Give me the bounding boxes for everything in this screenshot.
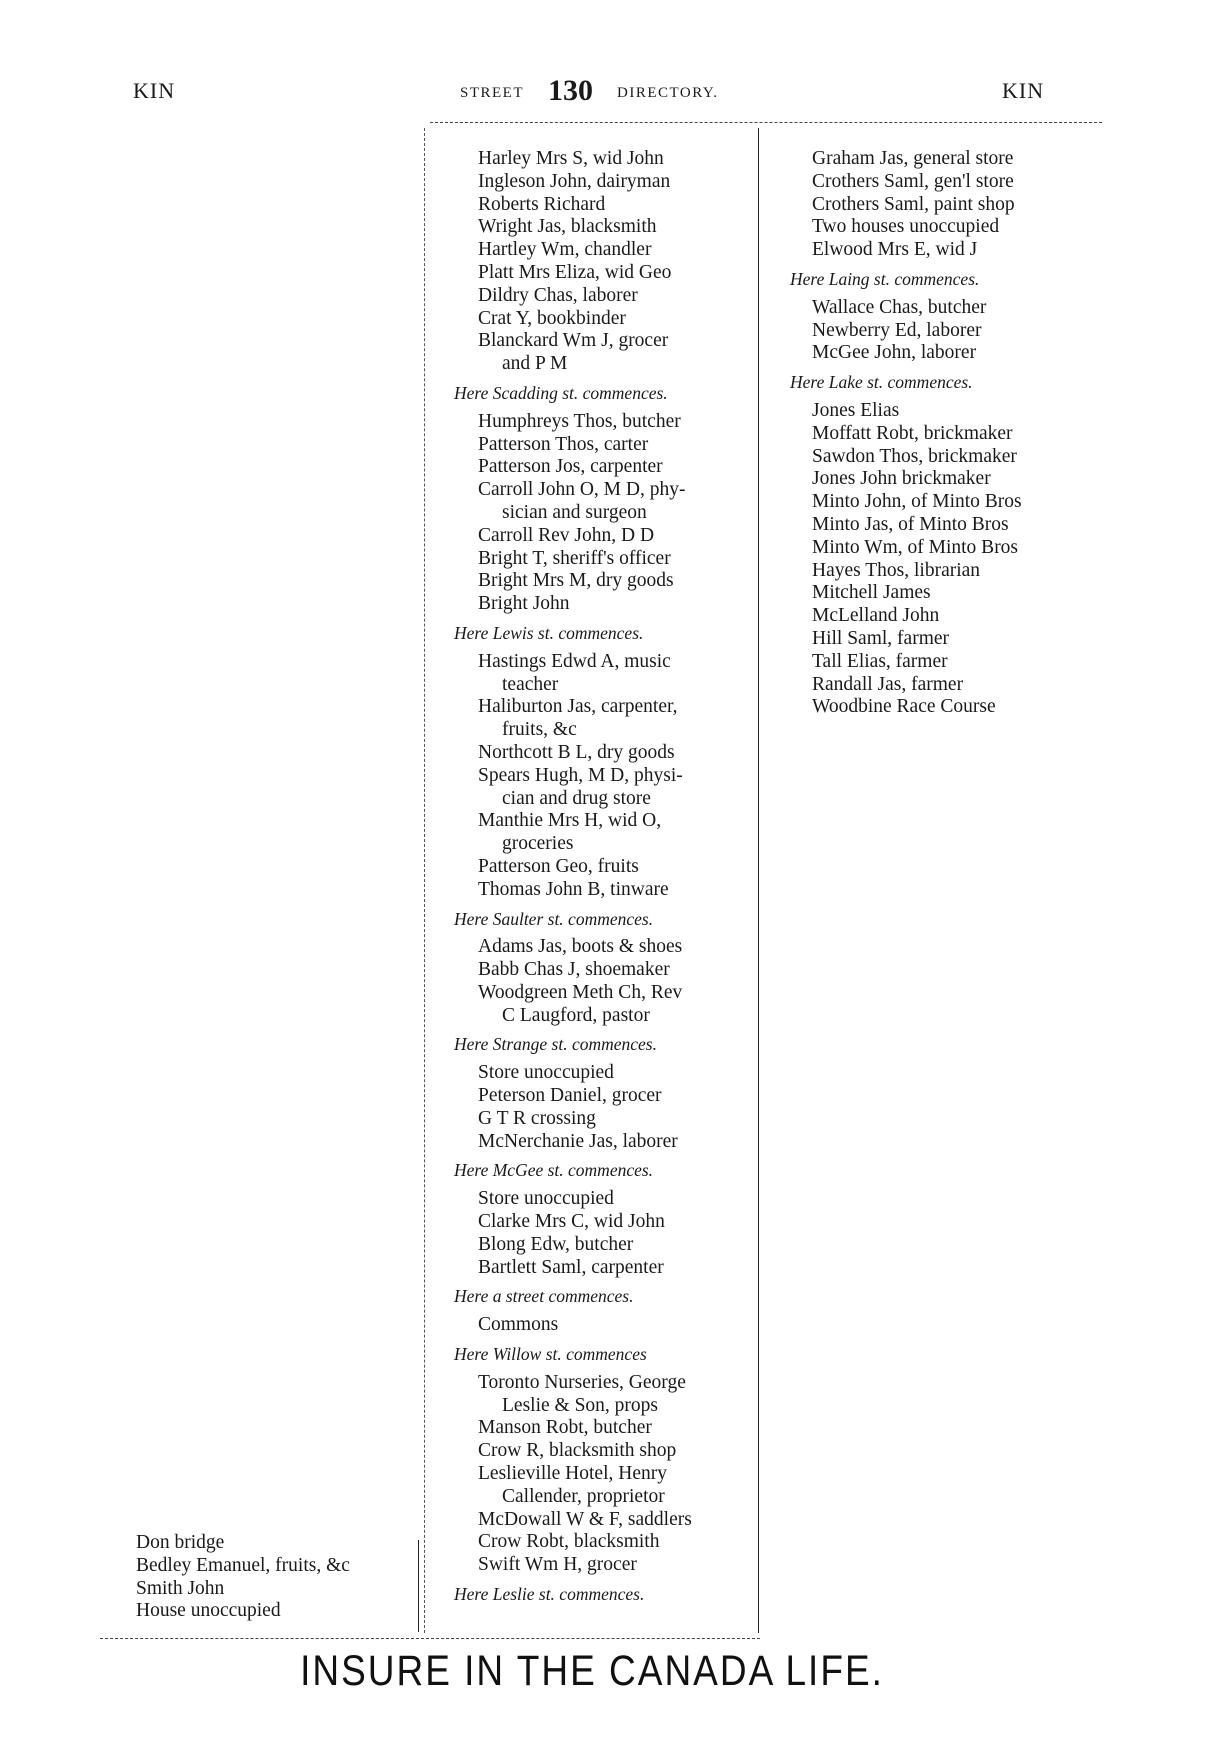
- header-left-keyword: KIN: [133, 78, 175, 104]
- entry-text: Hartley Wm, chandler: [478, 239, 651, 260]
- directory-entry: Mitchell James: [812, 582, 1102, 605]
- entry-text: Manthie Mrs H, wid O,: [478, 810, 661, 831]
- directory-entry: Crat Y, bookbinder: [478, 308, 750, 331]
- left-column-right-border: [418, 1540, 419, 1632]
- entry-text: Commons: [478, 1314, 558, 1335]
- directory-entry: Spears Hugh, M D, physi-cian and drug st…: [478, 765, 750, 811]
- header-right-keyword: KIN: [1002, 78, 1044, 104]
- directory-entry: McNerchanie Jas, laborer: [478, 1131, 750, 1154]
- directory-entry: Peterson Daniel, grocer: [478, 1085, 750, 1108]
- directory-entry: Newberry Ed, laborer: [812, 320, 1102, 343]
- directory-entry: Bartlett Saml, carpenter: [478, 1257, 750, 1280]
- street-section-heading: Here Strange st. commences.: [454, 1033, 750, 1056]
- right-column: Graham Jas, general storeCrothers Saml, …: [812, 148, 1102, 719]
- page-number: 130: [548, 74, 593, 107]
- street-section-heading: Here Scadding st. commences.: [454, 382, 750, 405]
- directory-entry: Woodgreen Meth Ch, RevC Laugford, pastor: [478, 982, 750, 1028]
- entry-text: Store unoccupied: [478, 1188, 614, 1209]
- directory-entry: Crow Robt, blacksmith: [478, 1531, 750, 1554]
- directory-entry: Patterson Thos, carter: [478, 434, 750, 457]
- directory-entry: Dildry Chas, laborer: [478, 285, 750, 308]
- entry-text: Thomas John B, tinware: [478, 879, 669, 900]
- entry-text: Spears Hugh, M D, physi-: [478, 765, 683, 786]
- entry-text: Crow R, blacksmith shop: [478, 1440, 676, 1461]
- directory-entry: Moffatt Robt, brickmaker: [812, 423, 1102, 446]
- directory-entry: Blanckard Wm J, grocerand P M: [478, 330, 750, 376]
- entry-text: Crow Robt, blacksmith: [478, 1531, 659, 1552]
- directory-entry: Crow R, blacksmith shop: [478, 1440, 750, 1463]
- directory-entry: Wright Jas, blacksmith: [478, 216, 750, 239]
- directory-entry: Toronto Nurseries, GeorgeLeslie & Son, p…: [478, 1372, 750, 1418]
- entry-continuation: fruits, &c: [478, 719, 750, 742]
- directory-entry: Hayes Thos, librarian: [812, 560, 1102, 583]
- street-section-heading: Here Lake st. commences.: [790, 371, 1102, 394]
- street-section-heading: Here Saulter st. commences.: [454, 908, 750, 931]
- directory-entry: Elwood Mrs E, wid J: [812, 239, 1102, 262]
- entry-text: Jones Elias: [812, 400, 899, 421]
- entry-text: Bright John: [478, 593, 570, 614]
- entry-text: McDowall W & F, saddlers: [478, 1509, 692, 1530]
- entry-text: Hayes Thos, librarian: [812, 560, 980, 581]
- entry-text: Woodbine Race Course: [812, 696, 996, 717]
- entry-text: Jones John brickmaker: [812, 468, 991, 489]
- directory-entry: Haliburton Jas, carpenter,fruits, &c: [478, 696, 750, 742]
- entry-text: Newberry Ed, laborer: [812, 320, 981, 341]
- directory-entry: Minto Wm, of Minto Bros: [812, 537, 1102, 560]
- directory-entry: Carroll Rev John, D D: [478, 525, 750, 548]
- directory-entry: Adams Jas, boots & shoes: [478, 936, 750, 959]
- entry-text: G T R crossing: [478, 1108, 596, 1129]
- directory-entry: Sawdon Thos, brickmaker: [812, 446, 1102, 469]
- entry-text: Adams Jas, boots & shoes: [478, 936, 682, 957]
- entry-text: Bright Mrs M, dry goods: [478, 570, 674, 591]
- entry-continuation: Callender, proprietor: [478, 1486, 750, 1509]
- directory-entry: Babb Chas J, shoemaker: [478, 959, 750, 982]
- directory-entry: Humphreys Thos, butcher: [478, 411, 750, 434]
- entry-text: Elwood Mrs E, wid J: [812, 239, 977, 260]
- directory-entry: Store unoccupied: [478, 1188, 750, 1211]
- footer-rule: [100, 1638, 760, 1639]
- entry-text: Minto Jas, of Minto Bros: [812, 514, 1009, 535]
- entry-text: Graham Jas, general store: [812, 148, 1013, 169]
- entry-text: Minto Wm, of Minto Bros: [812, 537, 1018, 558]
- directory-entry: Clarke Mrs C, wid John: [478, 1211, 750, 1234]
- directory-entry: Leslieville Hotel, HenryCallender, propr…: [478, 1463, 750, 1509]
- entry-text: Humphreys Thos, butcher: [478, 411, 681, 432]
- entry-text: House unoccupied: [136, 1600, 281, 1621]
- directory-entry: Harley Mrs S, wid John: [478, 148, 750, 171]
- entry-text: Patterson Geo, fruits: [478, 856, 639, 877]
- directory-entry: Crothers Saml, paint shop: [812, 194, 1102, 217]
- header-directory: DIRECTORY.: [617, 85, 719, 101]
- entry-text: Harley Mrs S, wid John: [478, 148, 664, 169]
- entry-text: Carroll John O, M D, phy-: [478, 479, 685, 500]
- entry-text: Haliburton Jas, carpenter,: [478, 696, 678, 717]
- entry-text: Wallace Chas, butcher: [812, 297, 986, 318]
- directory-entry: Bright T, sheriff's officer: [478, 548, 750, 571]
- directory-entry: Bedley Emanuel, fruits, &c: [136, 1555, 416, 1578]
- entry-continuation: groceries: [478, 833, 750, 856]
- directory-entry: Patterson Jos, carpenter: [478, 456, 750, 479]
- entry-text: Bartlett Saml, carpenter: [478, 1257, 664, 1278]
- entry-continuation: teacher: [478, 674, 750, 697]
- entry-text: Peterson Daniel, grocer: [478, 1085, 662, 1106]
- entry-continuation: cian and drug store: [478, 788, 750, 811]
- directory-entry: Commons: [478, 1314, 750, 1337]
- directory-entry: Ingleson John, dairyman: [478, 171, 750, 194]
- street-section-heading: Here Lewis st. commences.: [454, 622, 750, 645]
- directory-entry: Crothers Saml, gen'l store: [812, 171, 1102, 194]
- entry-text: Crothers Saml, paint shop: [812, 194, 1015, 215]
- entry-text: Hastings Edwd A, music: [478, 651, 671, 672]
- directory-entry: Bright Mrs M, dry goods: [478, 570, 750, 593]
- advert-text: INSURE IN THE CANADA LIFE.: [300, 1647, 884, 1695]
- directory-entry: Manson Robt, butcher: [478, 1417, 750, 1440]
- entry-text: Blanckard Wm J, grocer: [478, 330, 668, 351]
- entry-text: Leslieville Hotel, Henry: [478, 1463, 667, 1484]
- directory-entry: Don bridge: [136, 1532, 416, 1555]
- directory-entry: Carroll John O, M D, phy-sician and surg…: [478, 479, 750, 525]
- directory-entry: Two houses unoccupied: [812, 216, 1102, 239]
- entry-text: Bedley Emanuel, fruits, &c: [136, 1555, 350, 1576]
- header-street: STREET: [460, 85, 524, 101]
- entry-text: Manson Robt, butcher: [478, 1417, 652, 1438]
- entry-text: Randall Jas, farmer: [812, 674, 963, 695]
- directory-entry: Patterson Geo, fruits: [478, 856, 750, 879]
- middle-column-left-border: [424, 128, 425, 1633]
- entry-continuation: sician and surgeon: [478, 502, 750, 525]
- street-section-heading: Here Leslie st. commences.: [454, 1583, 750, 1606]
- directory-entry: Jones John brickmaker: [812, 468, 1102, 491]
- directory-entry: McLelland John: [812, 605, 1102, 628]
- middle-column: Harley Mrs S, wid JohnIngleson John, dai…: [478, 148, 750, 1612]
- street-section-heading: Here Willow st. commences: [454, 1343, 750, 1366]
- middle-column-right-border: [758, 128, 759, 1633]
- entry-continuation: C Laugford, pastor: [478, 1005, 750, 1028]
- entry-text: Smith John: [136, 1578, 224, 1599]
- entry-text: Crothers Saml, gen'l store: [812, 171, 1014, 192]
- directory-entry: House unoccupied: [136, 1600, 416, 1623]
- directory-entry: Northcott B L, dry goods: [478, 742, 750, 765]
- directory-entry: Jones Elias: [812, 400, 1102, 423]
- directory-entry: Hartley Wm, chandler: [478, 239, 750, 262]
- entry-text: Ingleson John, dairyman: [478, 171, 670, 192]
- directory-entry: Manthie Mrs H, wid O,groceries: [478, 810, 750, 856]
- entry-text: Store unoccupied: [478, 1062, 614, 1083]
- directory-entry: Swift Wm H, grocer: [478, 1554, 750, 1577]
- directory-entry: Woodbine Race Course: [812, 696, 1102, 719]
- directory-entry: G T R crossing: [478, 1108, 750, 1131]
- header-rule: [430, 122, 1102, 123]
- entry-text: Mitchell James: [812, 582, 931, 603]
- directory-entry: Hastings Edwd A, musicteacher: [478, 651, 750, 697]
- entry-text: Toronto Nurseries, George: [478, 1372, 686, 1393]
- directory-entry: Bright John: [478, 593, 750, 616]
- entry-text: Babb Chas J, shoemaker: [478, 959, 670, 980]
- entry-text: Bright T, sheriff's officer: [478, 548, 671, 569]
- entry-text: Blong Edw, butcher: [478, 1234, 633, 1255]
- directory-entry: Graham Jas, general store: [812, 148, 1102, 171]
- header-title: STREET130DIRECTORY.: [460, 74, 719, 108]
- directory-entry: Smith John: [136, 1578, 416, 1601]
- entry-text: Roberts Richard: [478, 194, 605, 215]
- entry-text: McGee John, laborer: [812, 342, 976, 363]
- entry-text: Dildry Chas, laborer: [478, 285, 638, 306]
- directory-entry: Blong Edw, butcher: [478, 1234, 750, 1257]
- directory-entry: McGee John, laborer: [812, 342, 1102, 365]
- directory-entry: Platt Mrs Eliza, wid Geo: [478, 262, 750, 285]
- entry-text: Swift Wm H, grocer: [478, 1554, 637, 1575]
- entry-text: Don bridge: [136, 1532, 224, 1553]
- entry-text: McNerchanie Jas, laborer: [478, 1131, 678, 1152]
- directory-entry: Minto Jas, of Minto Bros: [812, 514, 1102, 537]
- entry-text: Northcott B L, dry goods: [478, 742, 675, 763]
- entry-text: Wright Jas, blacksmith: [478, 216, 656, 237]
- entry-text: McLelland John: [812, 605, 939, 626]
- directory-entry: Minto John, of Minto Bros: [812, 491, 1102, 514]
- directory-entry: Randall Jas, farmer: [812, 674, 1102, 697]
- directory-entry: Thomas John B, tinware: [478, 879, 750, 902]
- street-section-heading: Here a street commences.: [454, 1285, 750, 1308]
- entry-text: Moffatt Robt, brickmaker: [812, 423, 1013, 444]
- entry-continuation: Leslie & Son, props: [478, 1395, 750, 1418]
- street-section-heading: Here Laing st. commences.: [790, 268, 1102, 291]
- entry-text: Patterson Jos, carpenter: [478, 456, 663, 477]
- left-column: Don bridgeBedley Emanuel, fruits, &cSmit…: [136, 1532, 416, 1623]
- entry-text: Woodgreen Meth Ch, Rev: [478, 982, 682, 1003]
- entry-text: Minto John, of Minto Bros: [812, 491, 1022, 512]
- directory-entry: Roberts Richard: [478, 194, 750, 217]
- footer-advertisement: INSURE IN THE CANADA LIFE.: [0, 1650, 1224, 1692]
- street-section-heading: Here McGee st. commences.: [454, 1159, 750, 1182]
- directory-entry: Hill Saml, farmer: [812, 628, 1102, 651]
- entry-text: Two houses unoccupied: [812, 216, 999, 237]
- entry-text: Carroll Rev John, D D: [478, 525, 654, 546]
- entry-continuation: and P M: [478, 353, 750, 376]
- entry-text: Hill Saml, farmer: [812, 628, 949, 649]
- entry-text: Crat Y, bookbinder: [478, 308, 626, 329]
- entry-text: Patterson Thos, carter: [478, 434, 648, 455]
- directory-entry: Tall Elias, farmer: [812, 651, 1102, 674]
- directory-entry: McDowall W & F, saddlers: [478, 1509, 750, 1532]
- entry-text: Sawdon Thos, brickmaker: [812, 446, 1017, 467]
- entry-text: Clarke Mrs C, wid John: [478, 1211, 665, 1232]
- directory-entry: Store unoccupied: [478, 1062, 750, 1085]
- entry-text: Platt Mrs Eliza, wid Geo: [478, 262, 671, 283]
- directory-entry: Wallace Chas, butcher: [812, 297, 1102, 320]
- entry-text: Tall Elias, farmer: [812, 651, 948, 672]
